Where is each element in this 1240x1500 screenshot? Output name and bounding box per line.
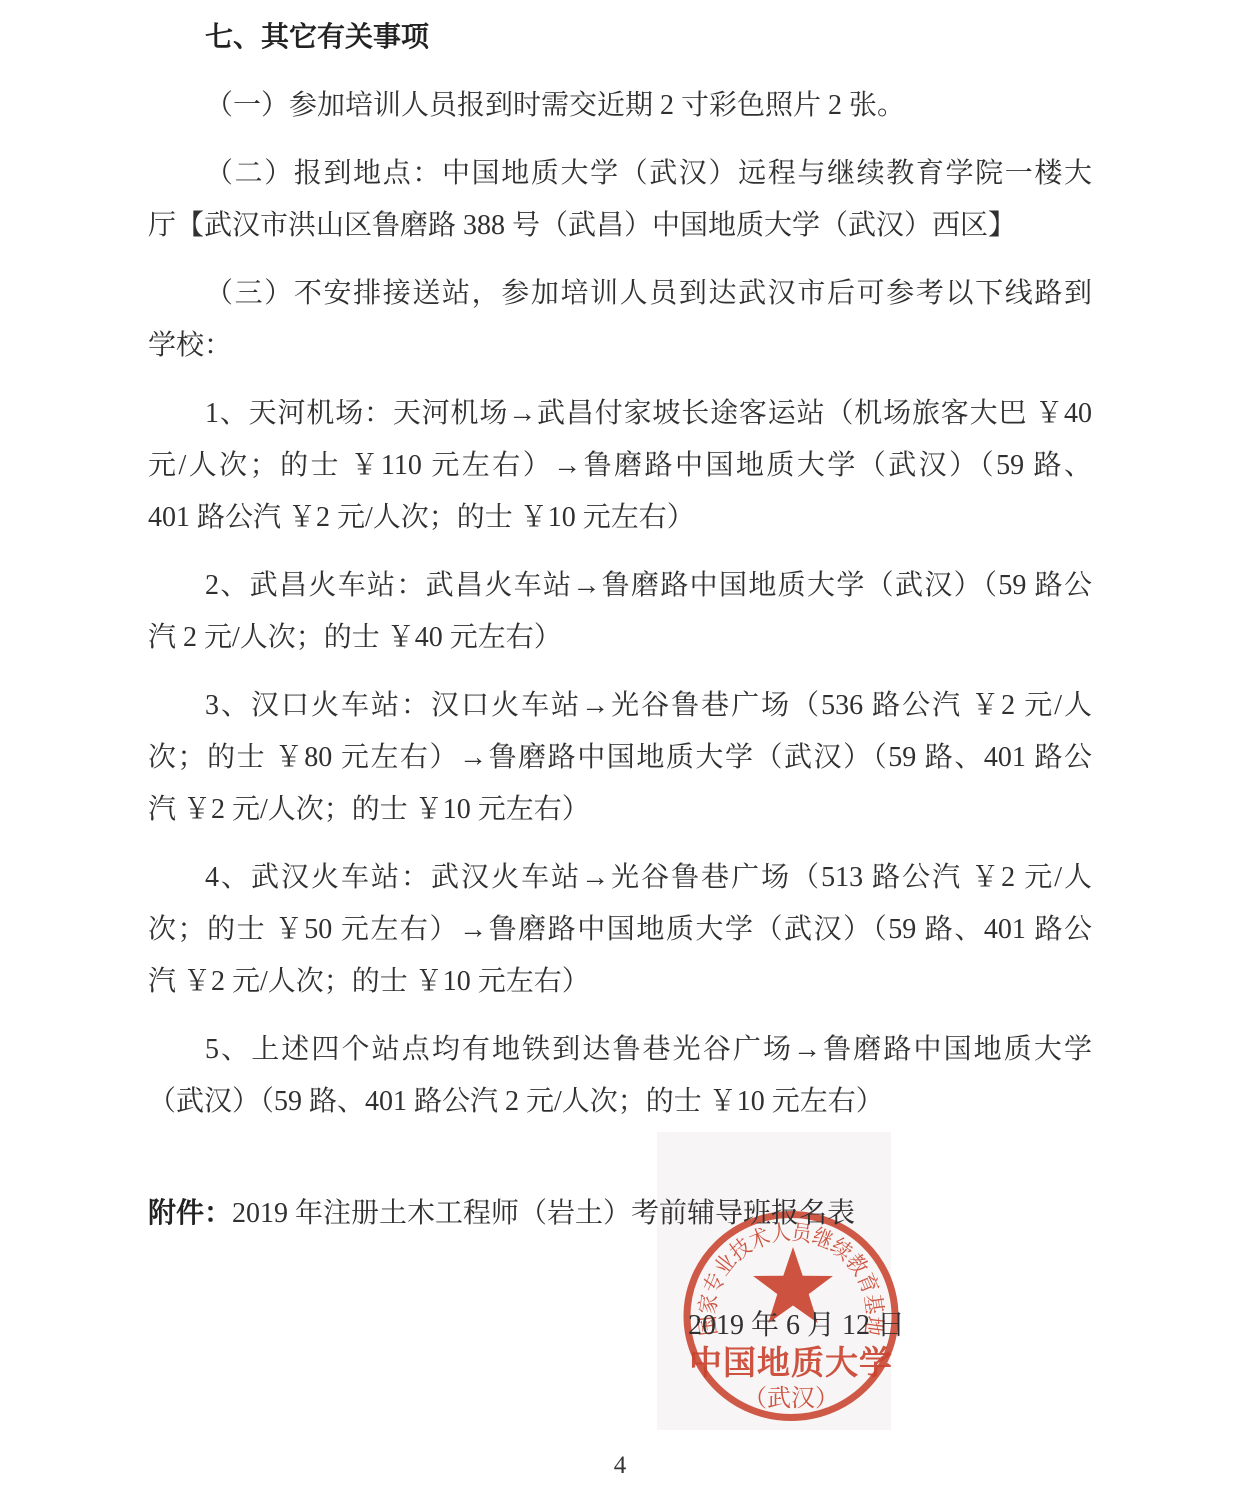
document-line: 汽 2 元/人次；的士 ￥40 元左右） [148,612,1092,664]
para-route-metro: 5、上述四个站点均有地铁到达鲁巷光谷广场→鲁磨路中国地质大学（武汉）（59 路、… [148,1024,1092,1128]
seal-branch-name: （武汉） [743,1385,839,1412]
document-line: 401 路公汽 ￥2 元/人次；的士 ￥10 元左右） [148,492,1092,544]
document-body: 七、其它有关事项 （一）参加培训人员报到时需交近期 2 寸彩色照片 2 张。（二… [148,0,1092,1352]
attachment-label: 附件： [148,1198,232,1229]
document-line: 学校： [148,320,1092,372]
document-line: （一）参加培训人员报到时需交近期 2 寸彩色照片 2 张。 [148,80,1092,132]
document-line: 汽 ￥2 元/人次；的士 ￥10 元左右） [148,784,1092,836]
para-photo-requirement: （一）参加培训人员报到时需交近期 2 寸彩色照片 2 张。 [148,80,1092,132]
document-line: 5、上述四个站点均有地铁到达鲁巷光谷广场→鲁磨路中国地质大学 [148,1024,1092,1076]
attachment-text: 2019 年注册土木工程师（岩土）考前辅导班报名表 [232,1198,855,1229]
document-line: 次；的士 ￥50 元左右）→鲁磨路中国地质大学（武汉）（59 路、401 路公 [148,904,1092,956]
section-heading: 七、其它有关事项 [148,12,1092,64]
document-line: 次；的士 ￥80 元左右）→鲁磨路中国地质大学（武汉）（59 路、401 路公 [148,732,1092,784]
para-registration-location: （二）报到地点：中国地质大学（武汉）远程与继续教育学院一楼大厅【武汉市洪山区鲁磨… [148,148,1092,252]
date-line: 2019 年 6 月 12 日 [148,1300,1092,1352]
page-number: 4 [0,1452,1240,1480]
document-line: 厅【武汉市洪山区鲁磨路 388 号（武昌）中国地质大学（武汉）西区】 [148,200,1092,252]
document-line: （武汉）（59 路、401 路公汽 2 元/人次；的士 ￥10 元左右） [148,1076,1092,1128]
document-page: 国家专业技术人员继续教育基地 中国地质大学 （武汉） 七、其它有关事项 （一）参… [0,0,1240,1500]
paragraphs: （一）参加培训人员报到时需交近期 2 寸彩色照片 2 张。（二）报到地点：中国地… [148,80,1092,1128]
para-route-hankou-station: 3、汉口火车站：汉口火车站→光谷鲁巷广场（536 路公汽 ￥2 元/人次；的士 … [148,680,1092,836]
document-line: 汽 ￥2 元/人次；的士 ￥10 元左右） [148,956,1092,1008]
document-line: 4、武汉火车站：武汉火车站→光谷鲁巷广场（513 路公汽 ￥2 元/人 [148,852,1092,904]
document-line: 1、天河机场：天河机场→武昌付家坡长途客运站（机场旅客大巴 ￥40 [148,388,1092,440]
document-line: 3、汉口火车站：汉口火车站→光谷鲁巷广场（536 路公汽 ￥2 元/人 [148,680,1092,732]
para-no-shuttle: （三）不安排接送站，参加培训人员到达武汉市后可参考以下线路到学校： [148,268,1092,372]
document-line: 元/人次；的士 ￥110 元左右）→鲁磨路中国地质大学（武汉）（59 路、 [148,440,1092,492]
attachment-line: 附件：2019 年注册土木工程师（岩土）考前辅导班报名表 [148,1188,1092,1240]
para-route-wuhan-station: 4、武汉火车站：武汉火车站→光谷鲁巷广场（513 路公汽 ￥2 元/人次；的士 … [148,852,1092,1008]
document-line: （三）不安排接送站，参加培训人员到达武汉市后可参考以下线路到 [148,268,1092,320]
para-route-wuchang-station: 2、武昌火车站：武昌火车站→鲁磨路中国地质大学（武汉）（59 路公汽 2 元/人… [148,560,1092,664]
para-route-tianhe-airport: 1、天河机场：天河机场→武昌付家坡长途客运站（机场旅客大巴 ￥40元/人次；的士… [148,388,1092,544]
document-line: 2、武昌火车站：武昌火车站→鲁磨路中国地质大学（武汉）（59 路公 [148,560,1092,612]
document-line: （二）报到地点：中国地质大学（武汉）远程与继续教育学院一楼大 [148,148,1092,200]
